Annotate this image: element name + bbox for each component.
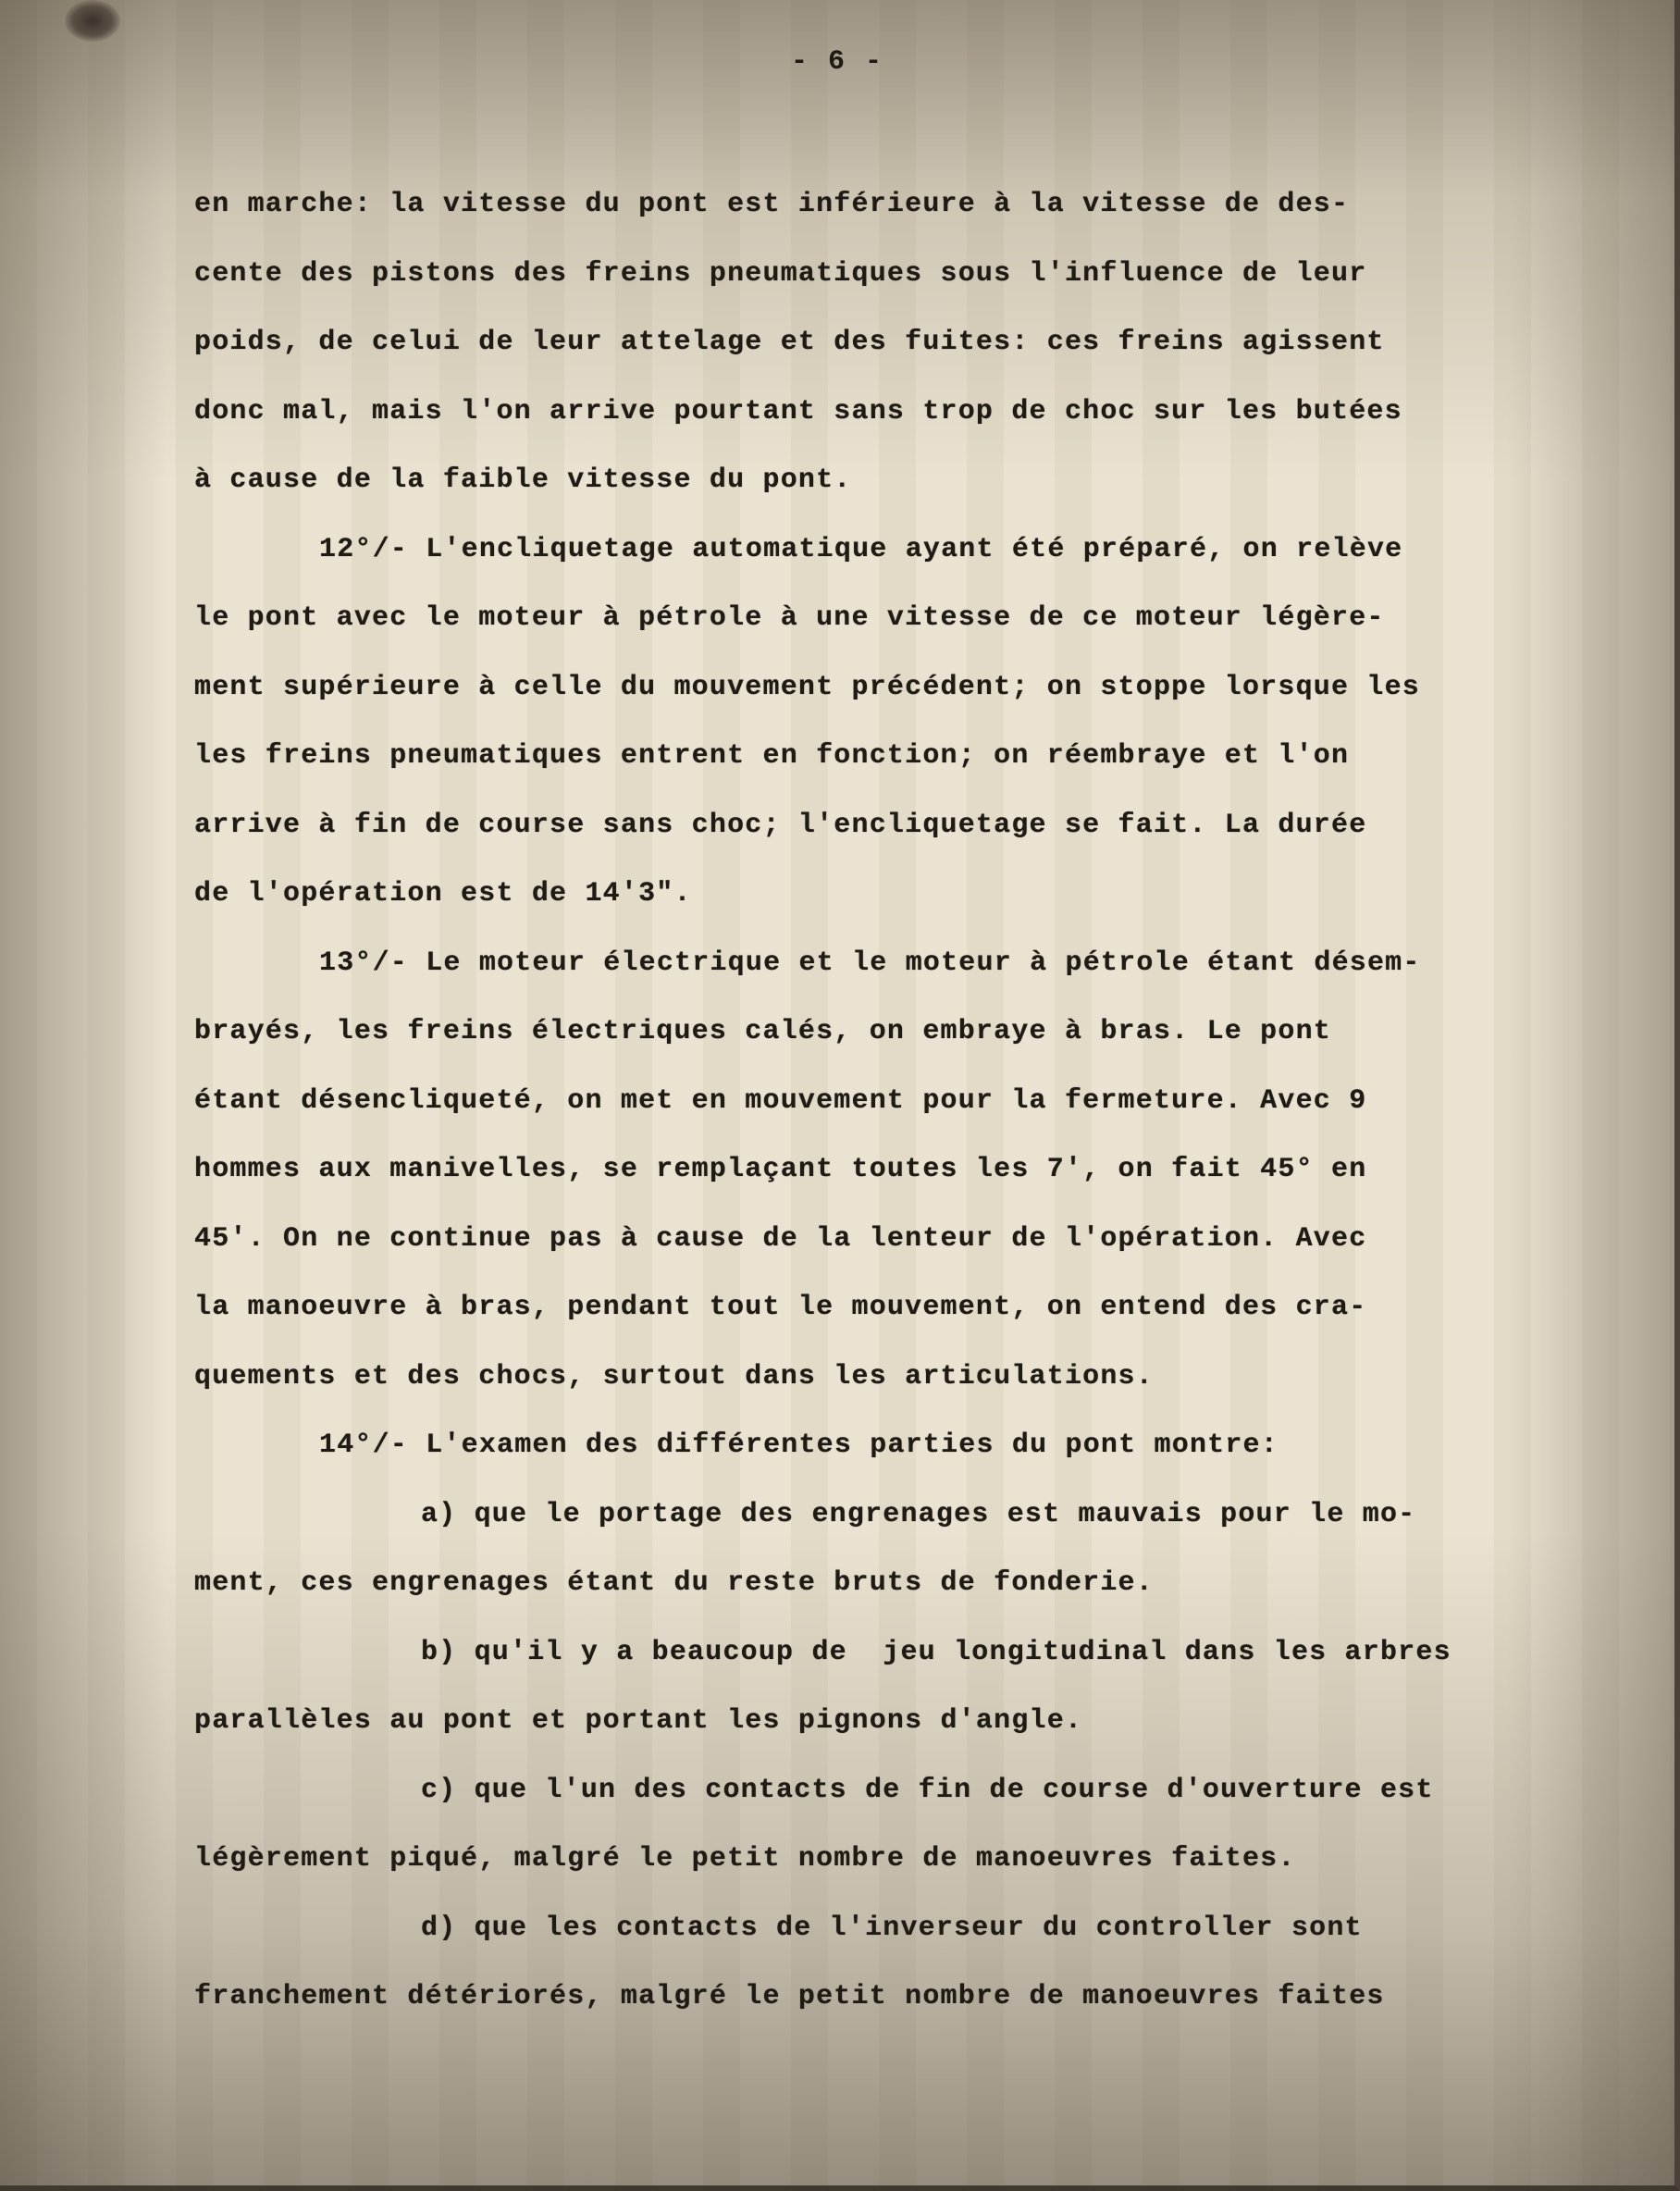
staple-mark xyxy=(65,0,120,42)
text-line: a) que le portage des engrenages est mau… xyxy=(194,1492,1619,1561)
text-line: étant désencliqueté, on met en mouvement… xyxy=(194,1078,1619,1147)
text-line: donc mal, mais l'on arrive pourtant sans… xyxy=(194,389,1619,458)
text-line: d) que les contacts de l'inverseur du co… xyxy=(194,1905,1619,1974)
text-line: le pont avec le moteur à pétrole à une v… xyxy=(194,595,1619,664)
text-line: en marche: la vitesse du pont est inféri… xyxy=(194,181,1619,251)
text-line: à cause de la faible vitesse du pont. xyxy=(194,457,1619,526)
text-line: c) que l'un des contacts de fin de cours… xyxy=(194,1767,1619,1837)
text-line: 14°/- L'examen des différentes parties d… xyxy=(194,1422,1619,1492)
scanned-document-page: - 6 - en marche: la vitesse du pont est … xyxy=(0,0,1680,2191)
text-line: parallèles au pont et portant les pignon… xyxy=(194,1698,1619,1767)
text-line: hommes aux manivelles, se remplaçant tou… xyxy=(194,1146,1619,1216)
page-number: - 6 - xyxy=(0,46,1674,78)
text-line: ment supérieure à celle du mouvement pré… xyxy=(194,664,1619,734)
text-line: franchement détériorés, malgré le petit … xyxy=(194,1974,1619,2043)
text-line: brayés, les freins électriques calés, on… xyxy=(194,1009,1619,1078)
text-line: poids, de celui de leur attelage et des … xyxy=(194,319,1619,389)
text-line: b) qu'il y a beaucoup de jeu longitudina… xyxy=(194,1629,1619,1699)
text-line: quements et des chocs, surtout dans les … xyxy=(194,1354,1619,1423)
text-line: 12°/- L'encliquetage automatique ayant é… xyxy=(194,526,1619,596)
text-line: les freins pneumatiques entrent en fonct… xyxy=(194,733,1619,802)
text-line: de l'opération est de 14'3". xyxy=(194,871,1619,940)
text-line: ment, ces engrenages étant du reste brut… xyxy=(194,1560,1619,1629)
text-line: 45'. On ne continue pas à cause de la le… xyxy=(194,1216,1619,1285)
text-line: arrive à fin de course sans choc; l'encl… xyxy=(194,802,1619,872)
text-line: cente des pistons des freins pneumatique… xyxy=(194,251,1619,320)
document-body: en marche: la vitesse du pont est inféri… xyxy=(194,181,1619,2043)
text-line: 13°/- Le moteur électrique et le moteur … xyxy=(194,940,1619,1009)
text-line: légèrement piqué, malgré le petit nombre… xyxy=(194,1836,1619,1905)
text-line: la manoeuvre à bras, pendant tout le mou… xyxy=(194,1284,1619,1354)
